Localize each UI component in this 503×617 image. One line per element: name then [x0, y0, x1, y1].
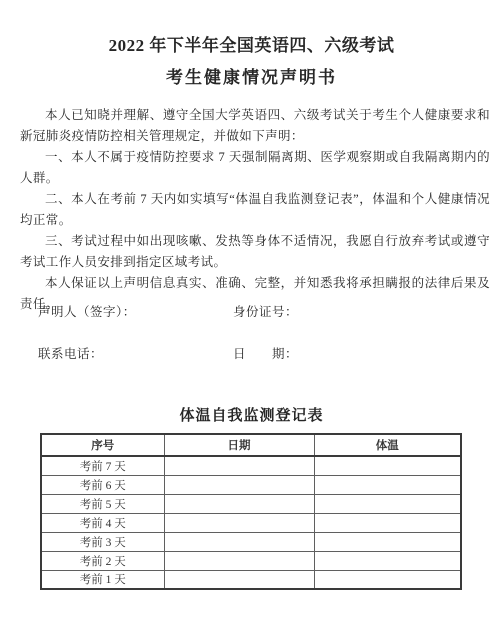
table-header-seq: 序号	[41, 434, 164, 456]
declaration-body: 本人已知晓并理解、遵守全国大学英语四、六级考试关于考生个人健康要求和新冠肺炎疫情…	[20, 105, 490, 315]
row-temp-cell	[314, 475, 461, 494]
row-seq-label: 考前 6 天	[41, 475, 164, 494]
date-row: 日 期：	[233, 344, 358, 362]
row-seq-label: 考前 4 天	[41, 513, 164, 532]
row-date-cell	[164, 494, 314, 513]
row-date-cell	[164, 513, 314, 532]
declarant-signature-row: 声明人（签字）：	[38, 302, 196, 320]
table-header-temp: 体温	[314, 434, 461, 456]
id-number-label: 身份证号：	[233, 305, 298, 319]
document-title-line2: 考生健康情况声明书	[0, 63, 503, 88]
row-date-cell	[164, 570, 314, 589]
table-row: 考前 1 天	[41, 570, 461, 589]
document-title-line1: 2022 年下半年全国英语四、六级考试	[0, 31, 503, 56]
declarant-signature-label: 声明人（签字）：	[38, 305, 136, 319]
table-header-date: 日期	[164, 434, 314, 456]
table-row: 考前 7 天	[41, 456, 461, 475]
table-row: 考前 4 天	[41, 513, 461, 532]
temperature-monitor-table: 序号 日期 体温 考前 7 天 考前 6 天 考前 5 天 考前	[40, 433, 462, 590]
row-temp-cell	[314, 551, 461, 570]
health-declaration-document: 2022 年下半年全国英语四、六级考试 考生健康情况声明书 本人已知晓并理解、遵…	[0, 0, 503, 617]
row-date-cell	[164, 475, 314, 494]
table-row: 考前 5 天	[41, 494, 461, 513]
contact-phone-label: 联系电话：	[38, 347, 103, 361]
row-temp-cell	[314, 456, 461, 475]
row-date-cell	[164, 456, 314, 475]
row-temp-cell	[314, 513, 461, 532]
row-seq-label: 考前 7 天	[41, 456, 164, 475]
declaration-item-1: 一、本人不属于疫情防控要求 7 天强制隔离期、医学观察期或自我隔离期内的人群。	[20, 147, 490, 189]
declaration-item-2: 二、本人在考前 7 天内如实填写“体温自我监测登记表”，体温和个人健康情况均正常…	[20, 189, 490, 231]
row-temp-cell	[314, 494, 461, 513]
row-seq-label: 考前 1 天	[41, 570, 164, 589]
row-seq-label: 考前 5 天	[41, 494, 164, 513]
table-header-row: 序号 日期 体温	[41, 434, 461, 456]
row-temp-cell	[314, 532, 461, 551]
table-row: 考前 6 天	[41, 475, 461, 494]
id-number-row: 身份证号：	[233, 302, 358, 320]
row-temp-cell	[314, 570, 461, 589]
monitor-table-title: 体温自我监测登记表	[0, 404, 503, 425]
row-date-cell	[164, 532, 314, 551]
date-label: 日 期：	[233, 347, 298, 361]
table-row: 考前 2 天	[41, 551, 461, 570]
row-date-cell	[164, 551, 314, 570]
contact-phone-row: 联系电话：	[38, 344, 163, 362]
declaration-item-3: 三、考试过程中如出现咳嗽、发热等身体不适情况，我愿自行放弃考试或遵守考试工作人员…	[20, 231, 490, 273]
row-seq-label: 考前 3 天	[41, 532, 164, 551]
declaration-intro: 本人已知晓并理解、遵守全国大学英语四、六级考试关于考生个人健康要求和新冠肺炎疫情…	[20, 105, 490, 147]
row-seq-label: 考前 2 天	[41, 551, 164, 570]
table-row: 考前 3 天	[41, 532, 461, 551]
